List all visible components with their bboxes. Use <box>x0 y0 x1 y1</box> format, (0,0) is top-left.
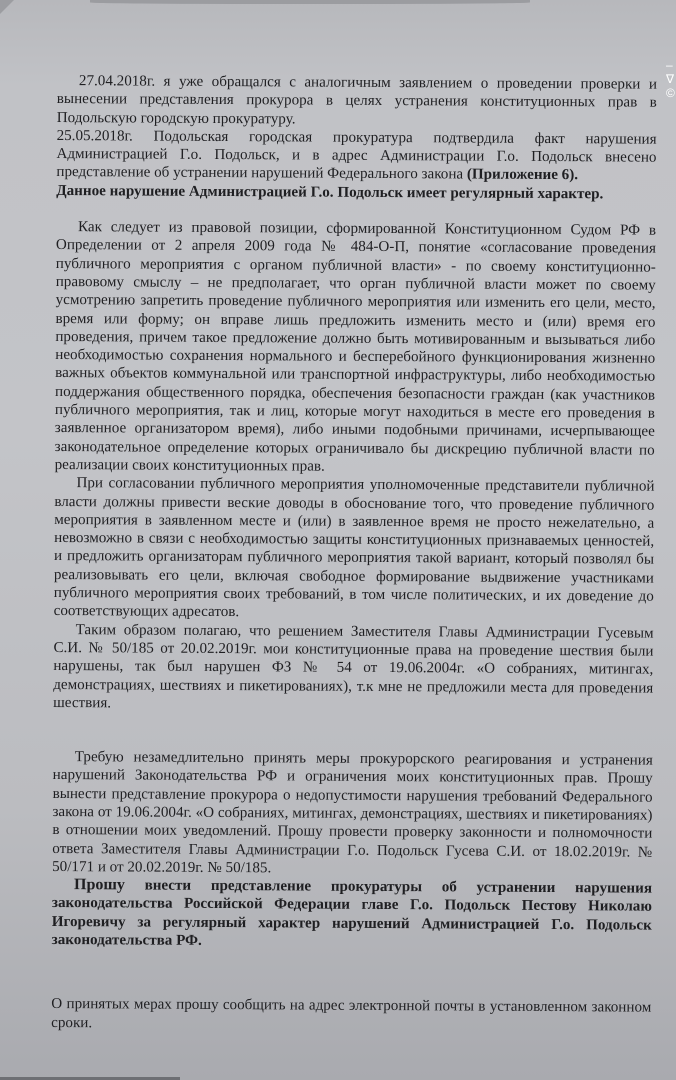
page-top-shadow <box>90 0 530 4</box>
request-text: внести представление прокуратуры об устр… <box>52 878 652 949</box>
paragraph-prosecutor-confirmation: 25.05.2018г. Подольская городская прокур… <box>56 127 656 186</box>
paragraph-request-representation: Прошу внести представление прокуратуры о… <box>52 876 652 953</box>
appendix-reference: (Приложение 6). <box>467 167 578 184</box>
edge-mark-dash: – <box>666 58 676 72</box>
paragraph-authority-duties: При согласовании публичного мероприятия … <box>54 474 655 624</box>
paragraph-regular-violation: Данное нарушение Администрацией Г.о. Под… <box>56 182 656 204</box>
paper-sheet: – ∇ © 27.04.2018г. я уже обращался с ана… <box>0 0 676 1080</box>
request-lead-word: Прошу <box>74 876 125 893</box>
paragraph-conclusion: Таким образом полагаю, что решением Заме… <box>53 621 654 716</box>
paragraph-previous-appeal: 27.04.2018г. я уже обращался с аналогичн… <box>57 72 657 131</box>
edge-mark-circle: © <box>666 86 676 100</box>
paragraph-demand: Требую незамедлительно принять меры прок… <box>52 748 653 880</box>
document-body: 27.04.2018г. я уже обращался с аналогичн… <box>51 72 657 1036</box>
page-corner-fold <box>0 0 14 14</box>
paragraph-notify-email: О принятых мерах прошу сообщить на адрес… <box>51 995 651 1035</box>
edge-marks: – ∇ © <box>666 58 676 100</box>
paragraph-constitutional-court: Как следует из правовой позиции, сформир… <box>55 218 657 478</box>
edge-mark-triangle: ∇ <box>666 72 676 86</box>
